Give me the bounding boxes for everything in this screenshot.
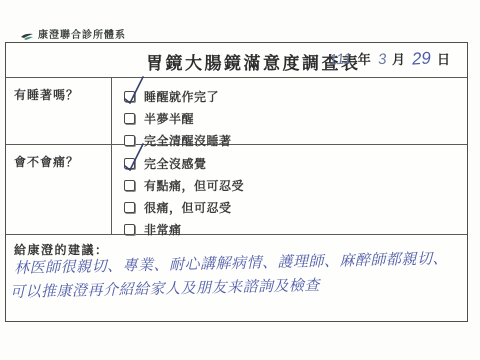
question-row: 會不會痛？完全沒感覺有點痛，但可忍受很痛，但可忍受非常痛 [6,145,467,235]
clinic-brand-text: 康澄聯合診所體系 [38,26,126,41]
title-row: 胃鏡大腸鏡滿意度調查表 111 年 3 月 29 日 [6,43,467,78]
date-year-value: 111 [328,50,352,69]
suggestion-row: 給康澄的建議： 林医師很親切、專業、耐心講解病情、護理師、麻醉師都親切、 可以推… [6,235,467,321]
option-label: 有點痛，但可忍受 [144,177,244,194]
date-day-label: 日 [437,49,451,68]
checkbox-checked[interactable] [124,91,135,102]
option-row: 完全清醒沒睡著 [124,129,467,151]
option-label: 很痛，但可忍受 [144,199,232,216]
option-row: 半夢半醒 [124,107,467,129]
clinic-swoosh-icon [20,29,34,39]
question-row: 有睡著嗎？睡醒就作完了半夢半醒完全清醒沒睡著 [6,78,467,145]
options-cell: 完全沒感覺有點痛，但可忍受很痛，但可忍受非常痛 [112,145,467,234]
scanned-form-page: 康澄聯合診所體系 胃鏡大腸鏡滿意度調查表 111 年 3 月 29 日 有睡著嗎… [0,0,480,360]
survey-table: 胃鏡大腸鏡滿意度調查表 111 年 3 月 29 日 有睡著嗎？睡醒就作完了半夢… [5,42,468,322]
option-label: 完全清醒沒睡著 [144,132,232,149]
clinic-logo: 康澄聯合診所體系 [20,26,126,41]
checkbox-checked[interactable] [124,158,135,169]
checkbox-unchecked[interactable] [124,180,135,191]
date-month-value: 3 [377,51,387,69]
form-date: 111 年 3 月 29 日 [329,49,457,69]
checkbox-unchecked[interactable] [124,135,135,146]
option-label: 睡醒就作完了 [144,88,219,105]
question-label: 有睡著嗎？ [6,78,112,144]
option-row: 完全沒感覺 [124,152,467,174]
question-rows: 有睡著嗎？睡醒就作完了半夢半醒完全清醒沒睡著會不會痛？完全沒感覺有點痛，但可忍受… [6,78,467,235]
date-month-label: 月 [392,49,406,68]
checkbox-unchecked[interactable] [124,113,135,124]
option-row: 有點痛，但可忍受 [124,174,467,196]
option-row: 很痛，但可忍受 [124,196,467,218]
checkbox-unchecked[interactable] [124,224,135,235]
checkbox-unchecked[interactable] [124,202,135,213]
date-day-value: 29 [411,48,431,69]
options-cell: 睡醒就作完了半夢半醒完全清醒沒睡著 [112,78,467,144]
option-label: 完全沒感覺 [144,155,207,172]
date-year-label: 年 [358,49,372,68]
option-label: 半夢半醒 [144,110,194,127]
option-row: 睡醒就作完了 [124,85,467,107]
question-label: 會不會痛？ [6,145,112,234]
